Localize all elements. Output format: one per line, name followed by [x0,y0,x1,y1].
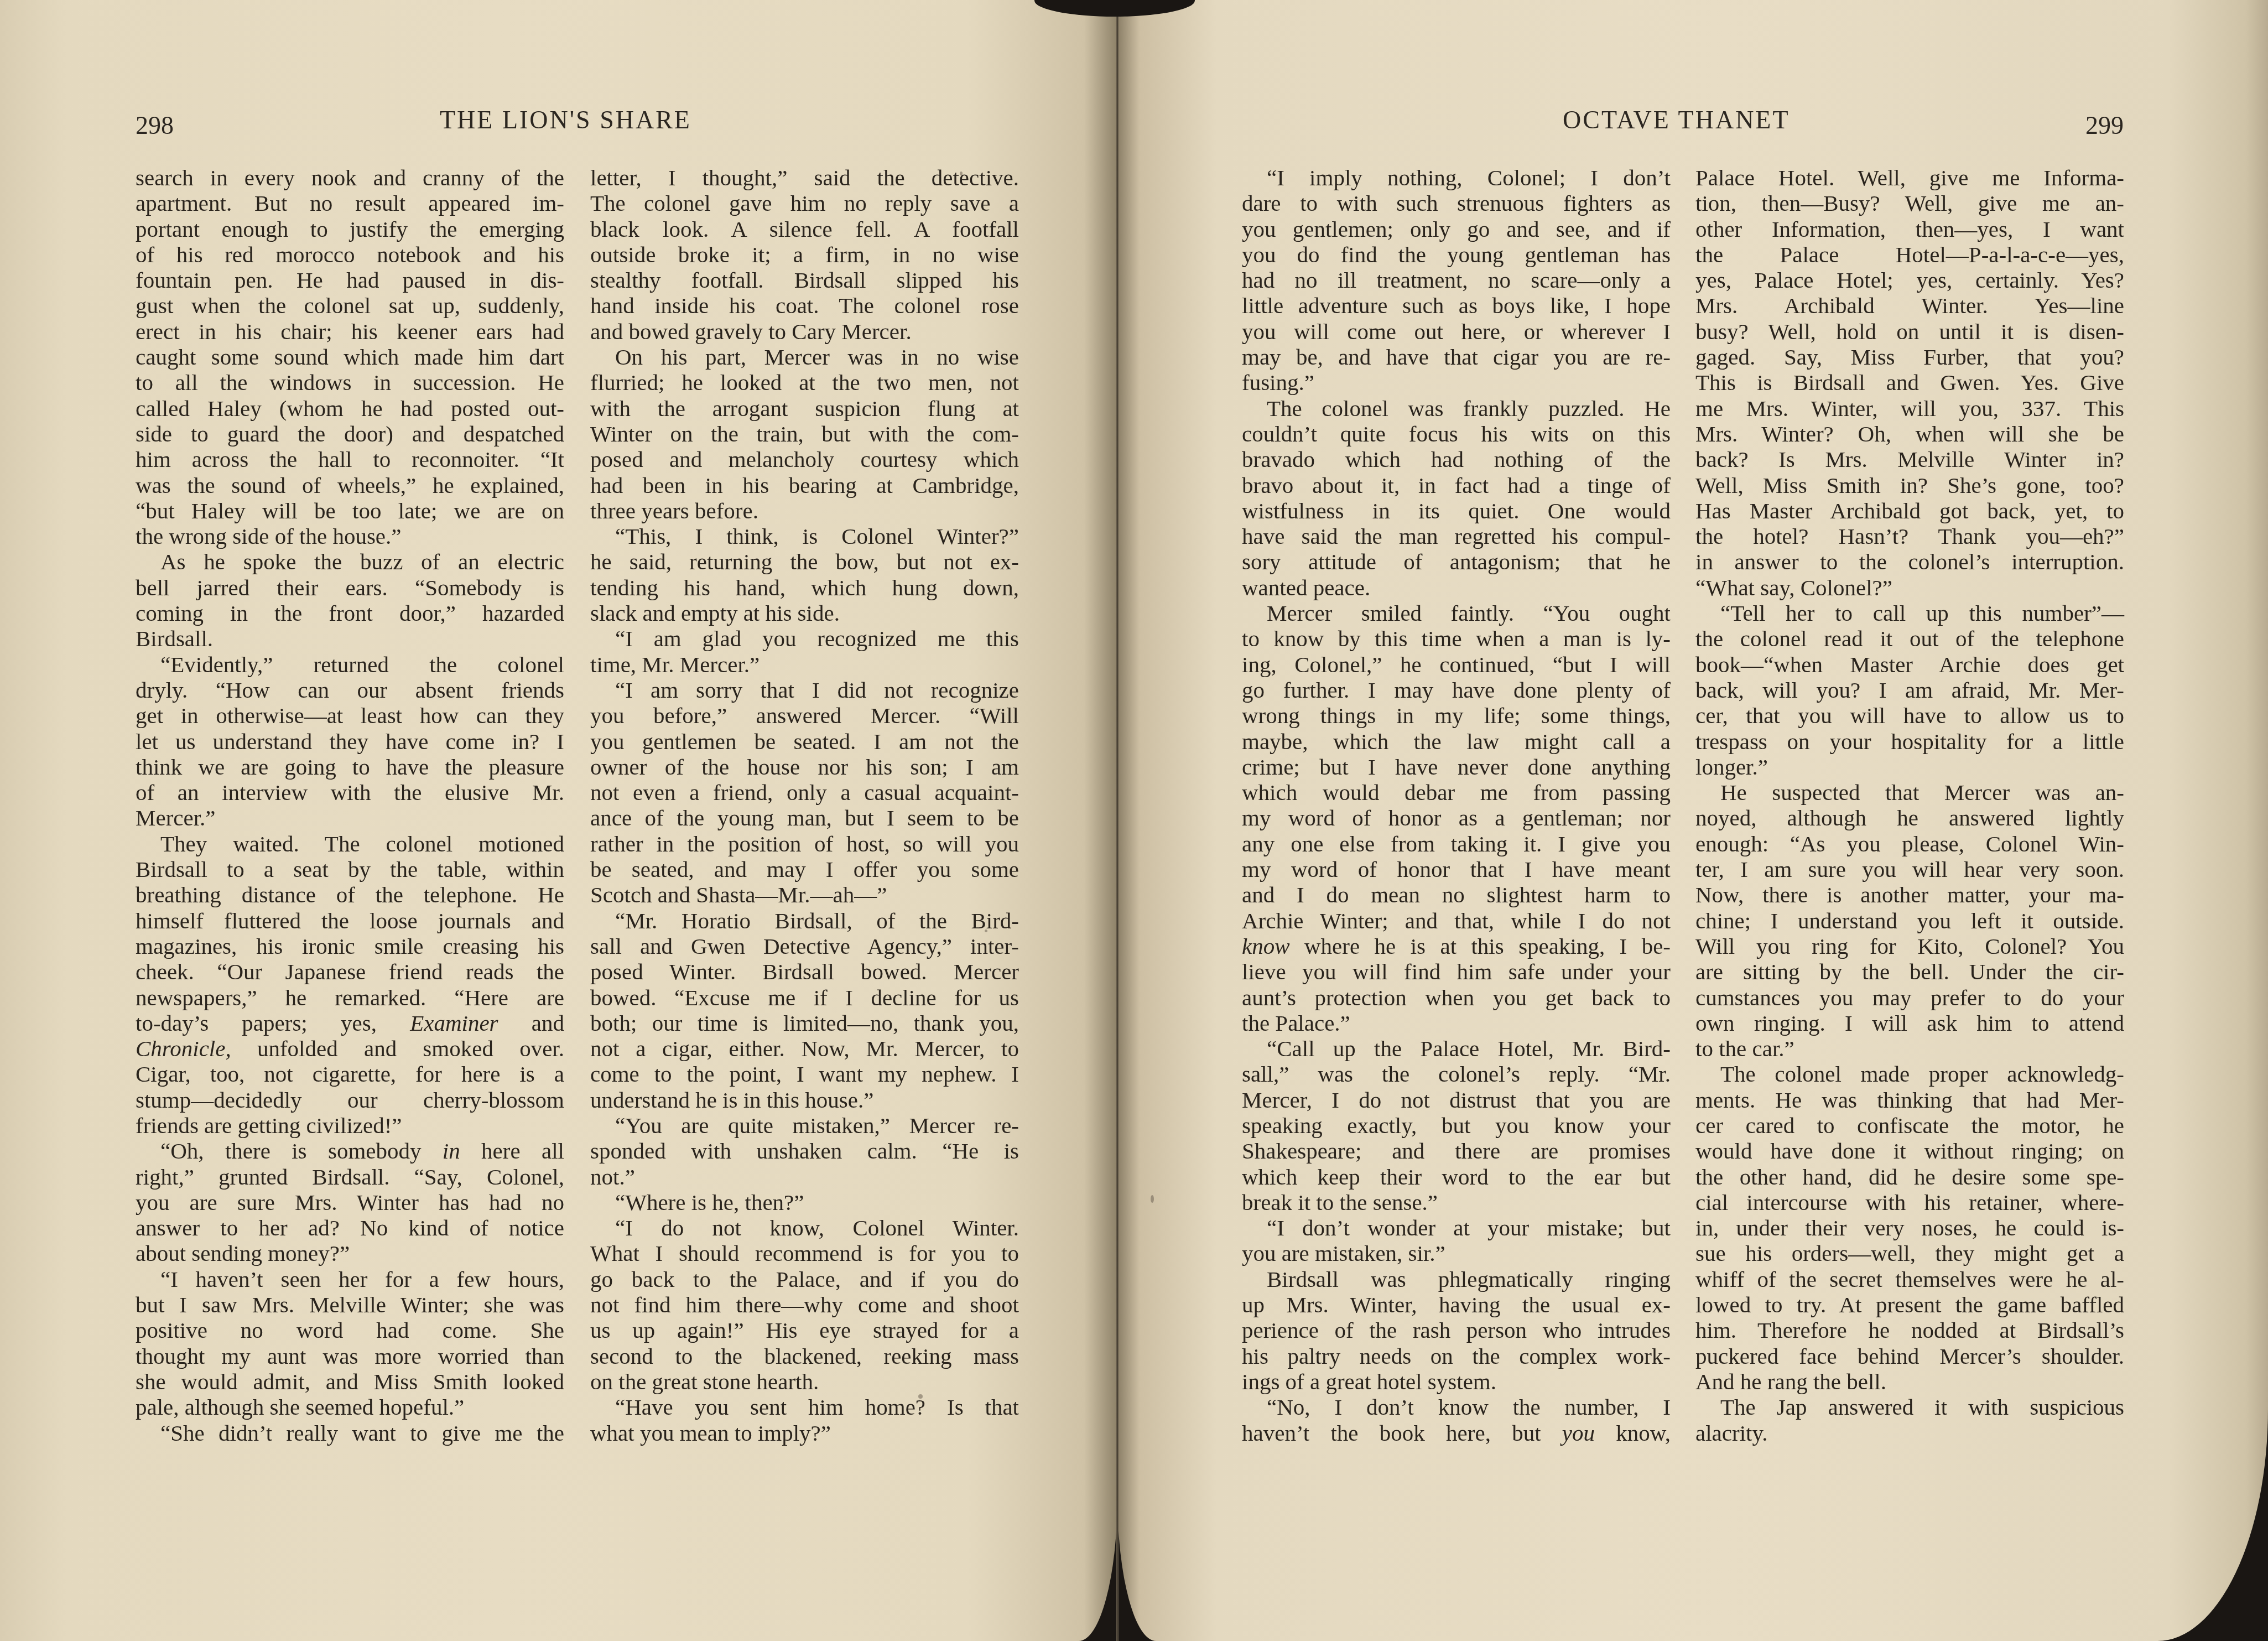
text-line: “What say, Colonel?” [1695,575,2124,600]
text-line: had been in his bearing at Cambridge, [590,472,1019,498]
text-line: “No, I don’t know the number, I [1242,1394,1671,1420]
text-line: cheek. “Our Japanese friend reads the [136,959,564,984]
text-line: the wrong side of the house.” [136,523,564,549]
text-line: outside broke it; a firm, in no wise [590,242,1019,267]
text-line: you gentlemen be seated. I am not the [590,729,1019,754]
text-line: black look. A silence fell. A footfall [590,216,1019,242]
text-line: positive no word had come. She [136,1317,564,1343]
text-line: not.” [590,1164,1019,1190]
page-number-left: 298 [136,111,174,140]
text-line: breathing distance of the telephone. He [136,882,564,907]
left-page-column-1: search in every nook and cranny of theap… [136,165,564,1446]
text-line: dare to with such strenuous fighters as [1242,190,1671,216]
text-line: “Mr. Horatio Birdsall, of the Bird- [590,908,1019,933]
italic-text: in [443,1138,460,1164]
text-line: flurried; he looked at the two men, not [590,370,1019,395]
text-line: would have done it without ringing; on [1695,1138,2124,1164]
text-line: himself fluttered the loose journals and [136,908,564,933]
text-line: Cigar, too, not cigarette, for here is a [136,1061,564,1087]
text-line: the Palace.” [1242,1010,1671,1036]
text-line: second to the blackened, reeking mass [590,1343,1019,1369]
text-line: little adventure such as boys like, I ho… [1242,293,1671,318]
text-line: of his red morocco notebook and his [136,242,564,267]
text-line: answer to her ad? No kind of notice [136,1215,564,1240]
text-line: time, Mr. Mercer.” [590,652,1019,677]
text-line: aunt’s protection when you get back to [1242,985,1671,1010]
text-line: the hotel? Hasn’t? Thank you—eh?” [1695,523,2124,549]
text-line: fountain pen. He had paused in dis- [136,267,564,293]
text-line: search in every nook and cranny of the [136,165,564,190]
text-line: wistfulness in its quiet. One would [1242,498,1671,523]
text-line: book—“when Master Archie does get [1695,652,2124,677]
text-line: Will you ring for Kito, Colonel? You [1695,933,2124,959]
text-line: couldn’t quite focus his wits on this [1242,421,1671,446]
text-line: my word of honor that I have meant [1242,856,1671,882]
text-line: coming in the front door,” hazarded [136,600,564,626]
text-line: owner of the house nor his son; I am [590,754,1019,780]
book-gutter [1116,0,1119,1641]
text-line: “I don’t wonder at your mistake; but [1242,1215,1671,1240]
text-line: go back to the Palace, and if you do [590,1266,1019,1292]
text-line: The colonel gave him no reply save a [590,190,1019,216]
text-line: wanted peace. [1242,575,1671,600]
text-line: Birdsall was phlegmatically ringing [1242,1266,1671,1292]
text-line: stealthy footfall. Birdsall slipped his [590,267,1019,293]
text-line: get in otherwise—at least how can they [136,703,564,728]
italic-text: Chronicle, [136,1036,231,1061]
text-line: crime; but I have never done anything [1242,754,1671,780]
text-line: sponded with unshaken calm. “He is [590,1138,1019,1164]
text-line: have said the man regretted his compul- [1242,523,1671,549]
text-line: three years before. [590,498,1019,523]
text-line: “She didn’t really want to give me the [136,1420,564,1446]
text-line: the Palace Hotel—P-a-l-a-c-e—yes, [1695,242,2124,267]
text-line: Mrs. Archibald Winter. Yes—line [1695,293,2124,318]
text-line: “I do not know, Colonel Winter. [590,1215,1019,1240]
text-line: Birdsall. [136,626,564,651]
text-line: The colonel made proper acknowledg- [1695,1061,2124,1087]
text-line: the other hand, did he desire some spe- [1695,1164,2124,1190]
text-line: He suspected that Mercer was an- [1695,780,2124,805]
text-line: bowed. “Excuse me if I decline for us [590,985,1019,1010]
text-line: to-day’s papers; yes, Examiner and [136,1010,564,1036]
text-line: think we are going to have the pleasure [136,754,564,780]
text-line: “Call up the Palace Hotel, Mr. Bird- [1242,1036,1671,1061]
text-line: wrong things in my life; some things, [1242,703,1671,728]
text-line: ing, Colonel,” he continued, “but I will [1242,652,1671,677]
text-line: on the great stone hearth. [590,1369,1019,1394]
text-line: lieve you will find him safe under your [1242,959,1671,984]
text-line: sue his orders—well, they might get a [1695,1240,2124,1266]
text-line: letter, I thought,” said the detective. [590,165,1019,190]
text-line: Well, Miss Smith in? She’s gone, too? [1695,472,2124,498]
text-line: yes, Palace Hotel; yes, certainly. Yes? [1695,267,2124,293]
text-line: my word of honor as a gentleman; nor [1242,805,1671,830]
text-line: “You are quite mistaken,” Mercer re- [590,1113,1019,1138]
text-line: side to guard the door) and despatched [136,421,564,446]
text-line: And he rang the bell. [1695,1369,2124,1394]
text-line: me Mrs. Winter, will you, 337. This [1695,396,2124,421]
left-page-column-2: letter, I thought,” said the detective.T… [590,165,1019,1446]
text-line: posed and melancholy courtesy which [590,446,1019,472]
text-line: the colonel read it out of the telephone [1695,626,2124,651]
text-line: break it to the sense.” [1242,1190,1671,1215]
text-line: both; our time is limited—no, thank you, [590,1010,1019,1036]
text-line: “but Haley will be too late; we are on [136,498,564,523]
text-line: Mercer, I do not distrust that you are [1242,1087,1671,1113]
text-line: noyed, although he answered lightly [1695,805,2124,830]
page-number-right: 299 [2085,111,2124,140]
text-line: On his part, Mercer was in no wise [590,344,1019,370]
text-line: cer, that you will have to allow us to [1695,703,2124,728]
text-line: with the arrogant suspicion flung at [590,396,1019,421]
text-line: cumstances you may prefer to do your [1695,985,2124,1010]
italic-text: Examiner [410,1010,498,1036]
text-line: alacrity. [1695,1420,2124,1446]
text-line: sall and Gwen Detective Agency,” inter- [590,933,1019,959]
text-line: The Jap answered it with suspicious [1695,1394,2124,1420]
text-line: let us understand they have come in? I [136,729,564,754]
text-line: ance of the young man, but I seem to be [590,805,1019,830]
text-line: Shakespeare; and there are promises [1242,1138,1671,1164]
text-line: “Oh, there is somebody in here all [136,1138,564,1164]
text-line: which keep their word to the ear but [1242,1164,1671,1190]
text-line: gaged. Say, Miss Furber, that you? [1695,344,2124,370]
text-line: slack and empty at his side. [590,600,1019,626]
text-line: enough: “As you please, Colonel Win- [1695,831,2124,856]
paper-speck [960,172,963,175]
text-line: portant enough to justify the emerging [136,216,564,242]
text-line: right,” grunted Birdsall. “Say, Colonel, [136,1164,564,1190]
text-line: in answer to the colonel’s interruption. [1695,549,2124,574]
text-line: was the sound of wheels,” he explained, [136,472,564,498]
running-head-left: THE LION'S SHARE [440,105,691,134]
text-line: Chronicle, unfolded and smoked over. [136,1036,564,1061]
text-line: of an interview with the elusive Mr. [136,780,564,805]
text-line: speaking exactly, but you know your [1242,1113,1671,1138]
text-line: Mercer.” [136,805,564,830]
text-line: Mercer smiled faintly. “You ought [1242,600,1671,626]
text-line: him. Therefore he nodded at Birdsall’s [1695,1317,2124,1343]
text-line: cer cared to confiscate the motor, he [1695,1113,2124,1138]
text-line: Winter on the train, but with the com- [590,421,1019,446]
italic-text: you [1562,1420,1595,1446]
right-page: OCTAVE THANET 299 “I imply nothing, Colo… [1117,0,2268,1641]
text-line: Birdsall to a seat by the table, within [136,856,564,882]
italic-text: know [1242,933,1290,959]
text-line: ings of a great hotel system. [1242,1369,1671,1394]
text-line: They waited. The colonel motioned [136,831,564,856]
text-line: Mrs. Winter? Oh, when will she be [1695,421,2124,446]
text-line: may be, and have that cigar you are re- [1242,344,1671,370]
text-line: perience of the rash person who intrudes [1242,1317,1671,1343]
text-line: you are sure Mrs. Winter has had no [136,1190,564,1215]
text-line: lowed to try. At present the game baffle… [1695,1292,2124,1317]
text-line: haven’t the book here, but you know, [1242,1420,1671,1446]
text-line: any one else from taking it. I give you [1242,831,1671,856]
text-line: other Information, then—yes, I want [1695,216,2124,242]
text-line: back, will you? I am afraid, Mr. Mer- [1695,677,2124,703]
text-line: Scotch and Shasta—Mr.—ah—” [590,882,1019,907]
text-line: Palace Hotel. Well, give me Informa- [1695,165,2124,190]
text-line: trespass on your hospitality for a littl… [1695,729,2124,754]
text-line: “I am glad you recognized me this [590,626,1019,651]
text-line: she would admit, and Miss Smith looked [136,1369,564,1394]
text-line: “Have you sent him home? Is that [590,1394,1019,1420]
text-line: up Mrs. Winter, having the usual ex- [1242,1292,1671,1317]
text-line: understand he is in this house.” [590,1087,1019,1113]
text-line: “I am sorry that I did not recognize [590,677,1019,703]
text-line: are sitting by the bell. Under the cir- [1695,959,2124,984]
text-line: tion, then—Busy? Well, give me an- [1695,190,2124,216]
text-line: ter, I am sure you will hear very soon. [1695,856,2124,882]
text-line: not even a friend, only a casual acquain… [590,780,1019,805]
text-line: busy? Well, hold on until it is disen- [1695,319,2124,344]
text-line: The colonel was frankly puzzled. He [1242,396,1671,421]
running-head-right: OCTAVE THANET [1563,105,1790,134]
text-line: chine; I understand you left it outside. [1695,908,2124,933]
text-line: bravo about it, in fact had a tinge of [1242,472,1671,498]
text-line: sall,” was the colonel’s reply. “Mr. [1242,1061,1671,1087]
text-line: sory attitude of antagonism; that he [1242,549,1671,574]
text-line: to the car.” [1695,1036,2124,1061]
text-line: What I should recommend is for you to [590,1240,1019,1266]
text-line: about sending money?” [136,1240,564,1266]
text-line: apartment. But no result appeared im- [136,190,564,216]
text-line: “Evidently,” returned the colonel [136,652,564,677]
text-line: own ringing. I will ask him to attend [1695,1010,2124,1036]
text-line: had no ill treatment, no scare—only a [1242,267,1671,293]
text-line: what you mean to imply?” [590,1420,1019,1446]
text-line: Has Master Archibald got back, yet, to [1695,498,2124,523]
text-line: his paltry needs on the complex work- [1242,1343,1671,1369]
text-line: and bowed gravely to Cary Mercer. [590,319,1019,344]
text-line: to all the windows in succession. He [136,370,564,395]
text-line: you do find the young gentleman has [1242,242,1671,267]
text-line: stump—decidedly our cherry-blossom [136,1087,564,1113]
text-line: “I imply nothing, Colonel; I don’t [1242,165,1671,190]
text-line: whiff of the secret themselves were he a… [1695,1266,2124,1292]
text-line: newspapers,” he remarked. “Here are [136,985,564,1010]
text-line: called Haley (whom he had posted out- [136,396,564,421]
text-line: go further. I may have done plenty of [1242,677,1671,703]
text-line: you will come out here, or wherever I [1242,319,1671,344]
text-line: cial intercourse with his retainer, wher… [1695,1190,2124,1215]
text-line: As he spoke the buzz of an electric [136,549,564,574]
right-page-column-1: “I imply nothing, Colonel; I don’tdare t… [1242,165,1671,1446]
text-line: back? Is Mrs. Melville Winter in? [1695,446,2124,472]
text-line: not a cigar, either. Now, Mr. Mercer, to [590,1036,1019,1061]
text-line: “Where is he, then?” [590,1190,1019,1215]
text-line: rather in the position of host, so will … [590,831,1019,856]
text-line: you before,” answered Mercer. “Will [590,703,1019,728]
text-line: This is Birdsall and Gwen. Yes. Give [1695,370,2124,395]
text-line: posed Winter. Birdsall bowed. Mercer [590,959,1019,984]
text-line: not find him there—why come and shoot [590,1292,1019,1317]
text-line: he said, returning the bow, but not ex- [590,549,1019,574]
text-line: you gentlemen; only go and see, and if [1242,216,1671,242]
text-line: but I saw Mrs. Melville Winter; she was [136,1292,564,1317]
text-line: in, under their very noses, he could is- [1695,1215,2124,1240]
left-page: 298 THE LION'S SHARE search in every noo… [0,0,1117,1641]
text-line: thought my aunt was more worried than [136,1343,564,1369]
text-line: magazines, his ironic smile creasing his [136,933,564,959]
paper-speck [918,1394,923,1399]
paper-speck [1151,1195,1154,1203]
text-line: Archie Winter; and that, while I do not [1242,908,1671,933]
text-line: be seated, and may I offer you some [590,856,1019,882]
text-line: us up again!” His eye strayed for a [590,1317,1019,1343]
right-page-column-2: Palace Hotel. Well, give me Informa-tion… [1695,165,2124,1446]
text-line: longer.” [1695,754,2124,780]
text-line: dryly. “How can our absent friends [136,677,564,703]
text-line: maybe, which the law might call a [1242,729,1671,754]
text-line: “This, I think, is Colonel Winter?” [590,523,1019,549]
text-line: tending his hand, which hung down, [590,575,1019,600]
text-line: bravado which had nothing of the [1242,446,1671,472]
text-line: ments. He was thinking that had Mer- [1695,1087,2124,1113]
text-line: caught some sound which made him dart [136,344,564,370]
text-line: and I do mean no slightest harm to [1242,882,1671,907]
text-line: pale, although she seemed hopeful.” [136,1394,564,1420]
text-line: “Tell her to call up this number”— [1695,600,2124,626]
text-line: “I haven’t seen her for a few hours, [136,1266,564,1292]
text-line: friends are getting civilized!” [136,1113,564,1138]
text-line: puckered face behind Mercer’s shoulder. [1695,1343,2124,1369]
paper-speck [985,929,987,932]
text-line: bell jarred their ears. “Somebody is [136,575,564,600]
text-line: come to the point, I want my nephew. I [590,1061,1019,1087]
text-line: him across the hall to reconnoiter. “It [136,446,564,472]
text-line: erect in his chair; his keener ears had [136,319,564,344]
text-line: to know by this time when a man is ly- [1242,626,1671,651]
text-line: you are mistaken, sir.” [1242,1240,1671,1266]
text-line: gust when the colonel sat up, suddenly, [136,293,564,318]
text-line: which would debar me from passing [1242,780,1671,805]
text-line: fusing.” [1242,370,1671,395]
text-line: Now, there is another matter, your ma- [1695,882,2124,907]
text-line: know where he is at this speaking, I be- [1242,933,1671,959]
text-line: hand inside his coat. The colonel rose [590,293,1019,318]
